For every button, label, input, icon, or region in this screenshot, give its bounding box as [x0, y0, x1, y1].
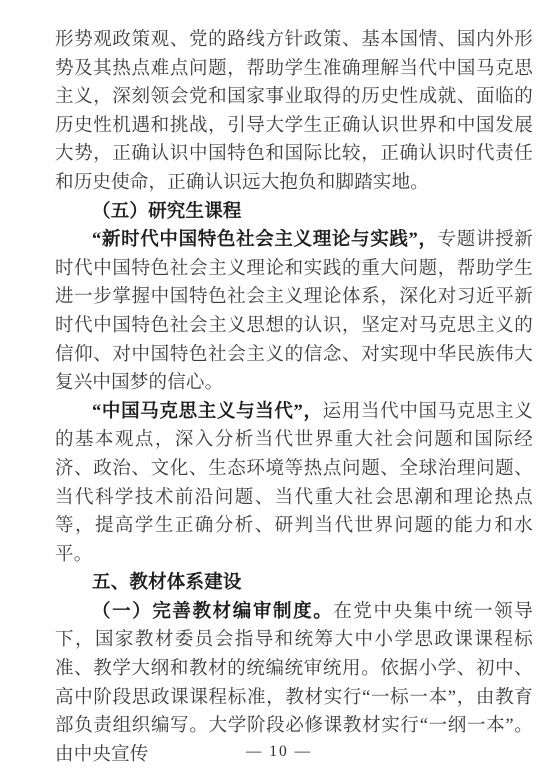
paragraph-continuation-course-goals: 形势观政策观、党的路线方针政策、基本国情、国内外形势及其热点难点问题，帮助学生准…: [55, 26, 533, 198]
paragraph-body: 在党中央集中统一领导下，国家教材委员会指导和统筹大中小学思政课课程标准、教学大纲…: [55, 602, 533, 765]
course-title-china-marxism-contemporary: “中国马克思主义与当代”，: [92, 402, 323, 422]
paragraph-body: 专题讲授新时代中国特色社会主义理论和实践的重大问题，帮助学生进一步掌握中国特色社…: [55, 230, 533, 393]
course-title-new-era-theory-practice: “新时代中国特色社会主义理论与实践”，: [92, 230, 438, 250]
paragraph-graduate-course-marxism-contemporary: “中国马克思主义与当代”，运用当代中国马克思主义的基本观点，深入分析当代世界重大…: [55, 398, 533, 570]
page-number: — 10 —: [0, 743, 558, 761]
subheading-improve-textbook-review: （一）完善教材编审制度。: [92, 602, 333, 622]
document-text-block: 形势观政策观、党的路线方针政策、基本国情、国内外形势及其热点难点问题，帮助学生准…: [55, 26, 533, 769]
document-page: 形势观政策观、党的路线方针政策、基本国情、国内外形势及其热点难点问题，帮助学生准…: [0, 0, 558, 774]
heading-graduate-courses: （五）研究生课程: [55, 198, 533, 227]
paragraph-graduate-course-theory-practice: “新时代中国特色社会主义理论与实践”，专题讲授新时代中国特色社会主义理论和实践的…: [55, 226, 533, 398]
heading-textbook-system: 五、教材体系建设: [55, 569, 533, 598]
paragraph-body: 运用当代中国马克思主义的基本观点，深入分析当代世界重大社会问题和国际经济、政治、…: [55, 402, 533, 565]
